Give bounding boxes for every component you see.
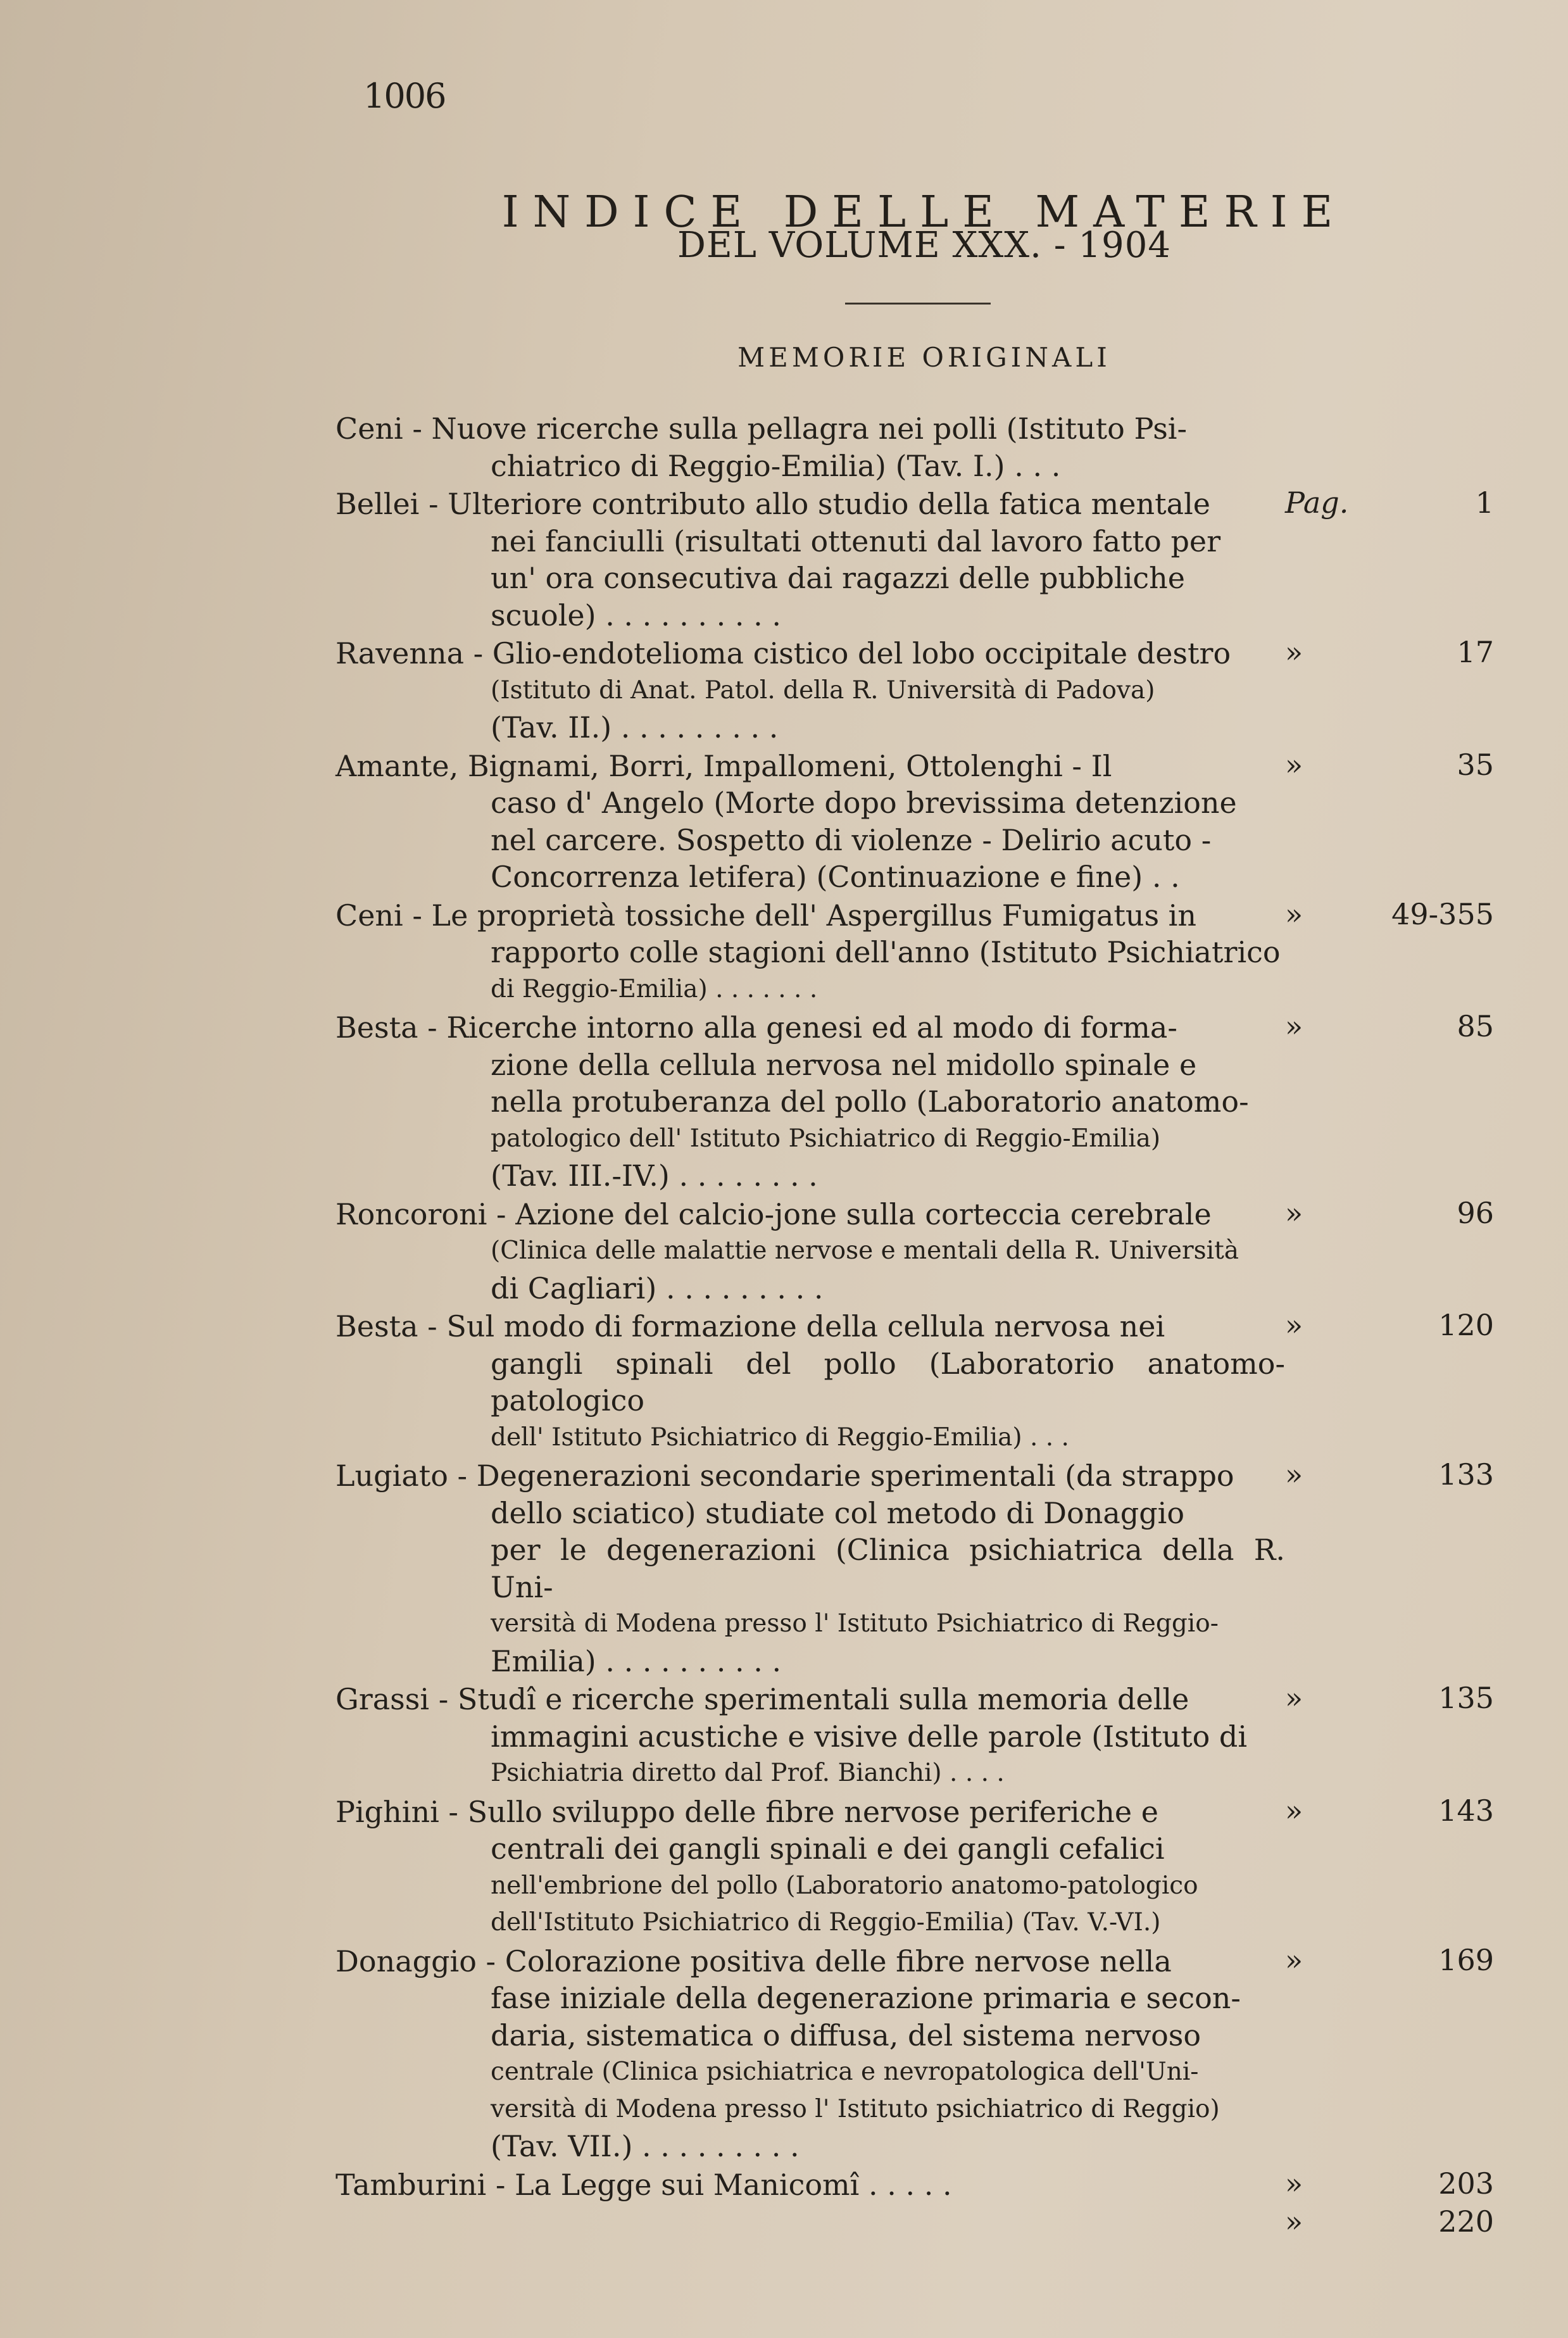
title-rule-divider (845, 303, 991, 305)
entry-line: gangli spinali del pollo (Laboratorio an… (336, 1345, 1285, 1419)
entry-line: Lugiato - Degenerazioni secondarie speri… (336, 1457, 1285, 1495)
entry-line: Ceni - Nuove ricerche sulla pellagra nei… (336, 410, 1285, 448)
entry-line: caso d' Angelo (Morte dopo brevissima de… (336, 784, 1285, 822)
entry-line: versità di Modena presso l' Istituto Psi… (336, 1606, 1285, 1643)
index-entry: Pighini - Sullo sviluppo delle fibre ner… (336, 1794, 1494, 1942)
entry-line: fase iniziale della degenerazione primar… (336, 1980, 1285, 2017)
entry-line: Amante, Bignami, Borri, Impallomeni, Ott… (336, 748, 1285, 785)
entry-line: Pighini - Sullo sviluppo delle fibre ner… (336, 1794, 1285, 1831)
entry-line: Bellei - Ulteriore contributo allo studi… (336, 486, 1285, 523)
index-entry: Besta - Ricerche intorno alla genesi ed … (336, 1009, 1494, 1195)
index-entry: Donaggio - Colorazione positiva delle fi… (336, 1943, 1494, 2165)
entry-line: dell' Istituto Psichiatrico di Reggio-Em… (336, 1419, 1285, 1457)
entry-line: centrali dei gangli spinali e dei gangli… (336, 1830, 1285, 1868)
entry-line: (Clinica delle malattie nervose e mental… (336, 1233, 1285, 1270)
entry-line: di Cagliari) . . . . . . . . . (336, 1270, 1285, 1307)
entry-line: nella protuberanza del pollo (Laboratori… (336, 1083, 1285, 1121)
entry-line: (Tav. VII.) . . . . . . . . . (336, 2128, 1285, 2165)
entry-line: un' ora consecutiva dai ragazzi delle pu… (336, 560, 1285, 597)
entry-line: dello sciatico) studiate col metodo di D… (336, 1495, 1285, 1532)
index-entry: Amante, Bignami, Borri, Impallomeni, Ott… (336, 748, 1494, 896)
index-entry: Lugiato - Degenerazioni secondarie speri… (336, 1457, 1494, 1680)
entry-line: zione della cellula nervosa nel midollo … (336, 1046, 1285, 1084)
entry-line: Donaggio - Colorazione positiva delle fi… (336, 1943, 1285, 1980)
ditto-mark: » (1285, 2203, 1303, 2241)
entry-line: Tamburini - La Legge sui Manicomî . . . … (336, 2166, 1285, 2204)
entry-line: Besta - Sul modo di formazione della cel… (336, 1308, 1285, 1345)
entry-line: Ravenna - Glio-endotelioma cistico del l… (336, 635, 1285, 672)
entry-line: daria, sistematica o diffusa, del sistem… (336, 2017, 1285, 2054)
entry-line: dell'Istituto Psichiatrico di Reggio-Emi… (336, 1904, 1285, 1942)
entry-line: scuole) . . . . . . . . . . (336, 597, 1285, 634)
entry-line: Emilia) . . . . . . . . . . (336, 1643, 1285, 1680)
entry-line: (Istituto di Anat. Patol. della R. Unive… (336, 672, 1285, 710)
entry-line: nei fanciulli (risultati ottenuti dal la… (336, 523, 1285, 560)
entry-line: Besta - Ricerche intorno alla genesi ed … (336, 1009, 1285, 1046)
index-entries-list: Ceni - Nuove ricerche sulla pellagra nei… (336, 410, 1494, 2204)
page-number-ref: 220 (1438, 2203, 1494, 2241)
entry-line: di Reggio-Emilia) . . . . . . . (336, 971, 1285, 1009)
entry-line: Concorrenza letifera) (Continuazione e f… (336, 858, 1285, 896)
index-entry: Roncoroni - Azione del calcio-jone sulla… (336, 1196, 1494, 1307)
entry-line: versità di Modena presso l' Istituto psi… (336, 2091, 1285, 2128)
entry-line: nell'embrione del pollo (Laboratorio ana… (336, 1868, 1285, 1905)
entry-line: per le degenerazioni (Clinica psichiatri… (336, 1531, 1285, 1606)
entry-line: immagini acustiche e visive delle parole… (336, 1718, 1285, 1756)
entry-line: (Tav. III.-IV.) . . . . . . . . (336, 1157, 1285, 1195)
entry-line: chiatrico di Reggio-Emilia) (Tav. I.) . … (336, 448, 1285, 485)
index-entry: Ceni - Nuove ricerche sulla pellagra nei… (336, 410, 1494, 484)
entry-line: patologico dell' Istituto Psichiatrico d… (336, 1121, 1285, 1158)
index-entry: Ravenna - Glio-endotelioma cistico del l… (336, 635, 1494, 746)
section-heading: MEMORIE ORIGINALI (405, 342, 1443, 373)
entry-line: Grassi - Studî e ricerche sperimentali s… (336, 1681, 1285, 1718)
entry-line: rapporto colle stagioni dell'anno (Istit… (336, 934, 1285, 971)
index-entry: Tamburini - La Legge sui Manicomî . . . … (336, 2166, 1494, 2204)
page-number: 1006 (363, 76, 445, 116)
index-entry: Ceni - Le proprietà tossiche dell' Asper… (336, 897, 1494, 1009)
entry-line: nel carcere. Sospetto di violenze - Deli… (336, 822, 1285, 859)
entry-line: (Tav. II.) . . . . . . . . . (336, 709, 1285, 746)
entry-line: Ceni - Le proprietà tossiche dell' Asper… (336, 897, 1285, 934)
index-entry: Grassi - Studî e ricerche sperimentali s… (336, 1681, 1494, 1792)
index-entry: Bellei - Ulteriore contributo allo studi… (336, 486, 1494, 634)
entry-line: centrale (Clinica psichiatrica e nevropa… (336, 2054, 1285, 2091)
entry-line: Psichiatria diretto dal Prof. Bianchi) .… (336, 1755, 1285, 1792)
page-subtitle: DEL VOLUME XXX. - 1904 (405, 225, 1443, 266)
index-entry: Besta - Sul modo di formazione della cel… (336, 1308, 1494, 1456)
entry-line: Roncoroni - Azione del calcio-jone sulla… (336, 1196, 1285, 1233)
